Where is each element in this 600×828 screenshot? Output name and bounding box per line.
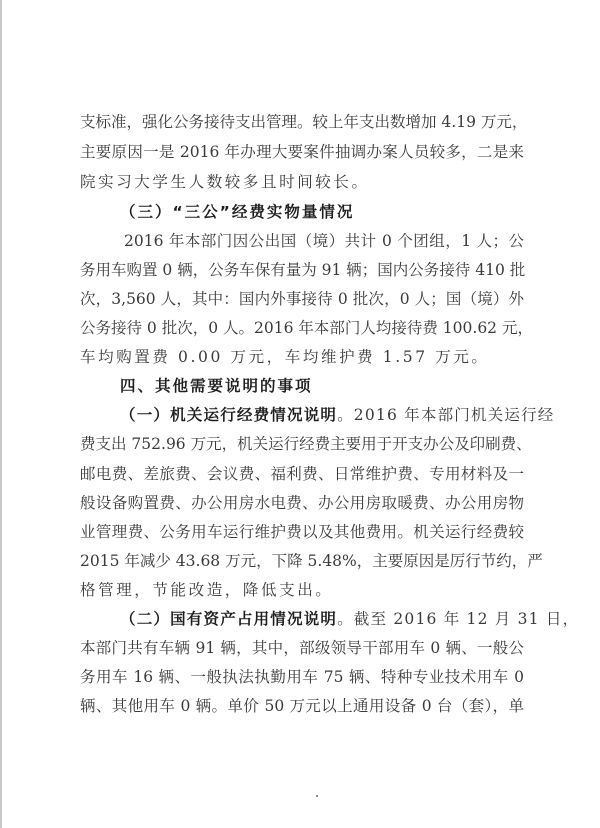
paragraph-line: 格管理，节能改造，降低支出。 [80,578,524,602]
subsection-title-state-assets: （二）国有资产占用情况说明 [120,610,337,628]
scan-speck [316,795,318,797]
paragraph-line: 2015 年减少 43.68 万元，下降 5.48%，主要原因是厉行节约，严 [80,549,524,573]
paragraph-line: 2016 年本部门因公出国（境）共计 0 个团组，1 人；公 [80,229,524,253]
paragraph-line: 次，3,560 人，其中：国内外事接待 0 批次，0 人；国（境）外 [80,287,524,311]
paragraph-line: 院实习大学生人数较多且时间较长。 [80,170,524,194]
subsection-line-operating-expenses: （一）机关运行经费情况说明。2016 年本部门机关运行经 [80,403,564,427]
subsection-first-line-text: 。截至 2016 年 12 月 31 日， [337,610,579,628]
paragraph-line: 辆、其他用车 0 辆。单价 50 万元以上通用设备 0 台（套），单 [80,694,524,718]
paragraph-line: 业管理费、公务用车运行维护费以及其他费用。机关运行经费较 [80,520,524,544]
paragraph-line: 费支出 752.96 万元，机关运行经费主要用于开支办公及印刷费、 [80,432,524,456]
document-page: 支标准，强化公务接待支出管理。较上年支出数增加 4.19 万元， 主要原因一是 … [80,0,524,828]
page-left-border [0,0,2,828]
section-heading-three-public-expenses: （三）“三公”经费实物量情况 [80,200,564,224]
paragraph-line: 支标准，强化公务接待支出管理。较上年支出数增加 4.19 万元， [80,110,524,134]
paragraph-line: 主要原因一是 2016 年办理大要案件抽调办案人员较多，二是来 [80,140,524,164]
subsection-line-state-assets: （二）国有资产占用情况说明。截至 2016 年 12 月 31 日， [80,607,564,631]
paragraph-line: 务用车 16 辆、一般执法执勤用车 75 辆、特种专业技术用车 0 [80,665,524,689]
paragraph-line: 本部门共有车辆 91 辆，其中，部级领导干部用车 0 辆、一般公 [80,636,524,660]
paragraph-line: 般设备购置费、办公用房水电费、办公用房取暖费、办公用房物 [80,491,524,515]
paragraph-line: 务用车购置 0 辆，公务车保有量为 91 辆；国内公务接待 410 批 [80,258,524,282]
paragraph-line: 车均购置费 0.00 万元，车均维护费 1.57 万元。 [80,345,524,369]
paragraph-line: 公务接待 0 批次，0 人。2016 年本部门人均接待费 100.62 元， [80,316,524,340]
subsection-first-line-text: 。2016 年本部门机关运行经 [337,406,554,424]
subsection-title-operating-expenses: （一）机关运行经费情况说明 [120,406,337,424]
paragraph-line: 邮电费、差旅费、会议费、福利费、日常维护费、专用材料及一 [80,462,524,486]
section-heading-other-matters: 四、其他需要说明的事项 [80,374,564,398]
